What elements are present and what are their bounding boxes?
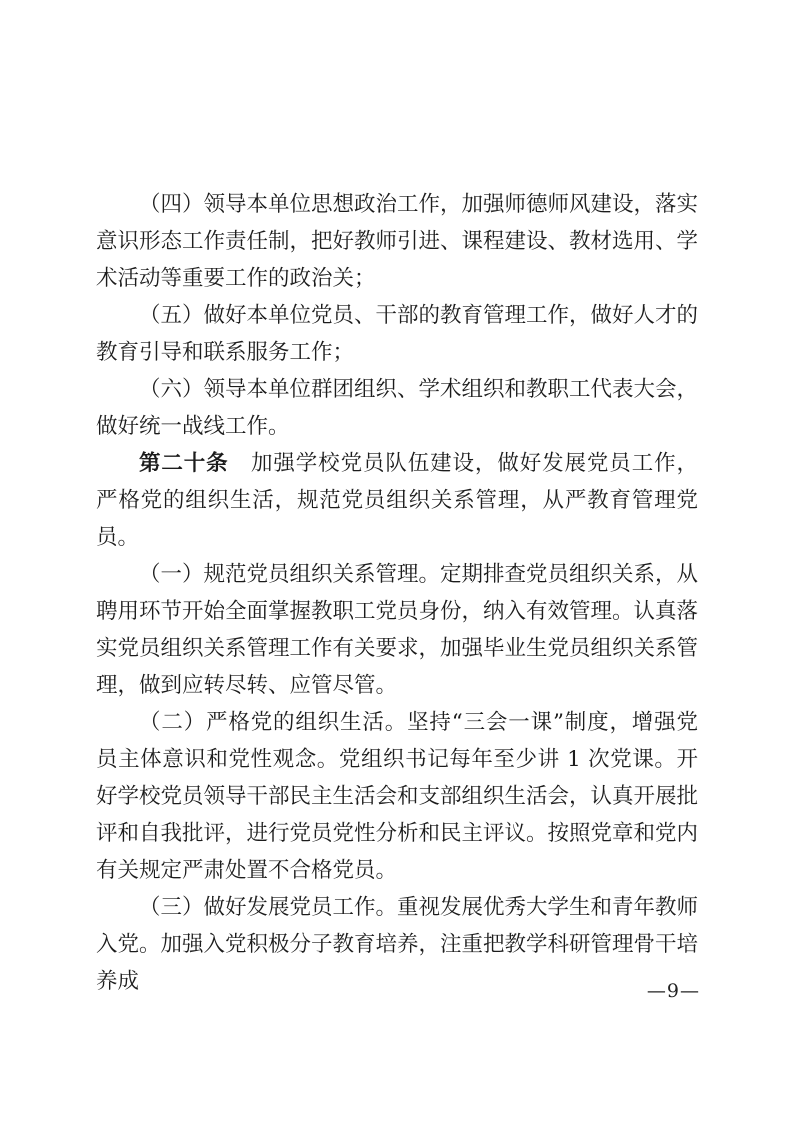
paragraph-article-20: 第二十条 加强学校党员队伍建设，做好发展党员工作，严格党的组织生活，规范党员组织… (96, 445, 698, 556)
paragraph-item-1: （一）规范党员组织关系管理。定期排查党员组织关系，从聘用环节开始全面掌握教职工党… (96, 556, 698, 704)
article-number-heading: 第二十条 (139, 451, 229, 476)
document-page: （四）领导本单位思想政治工作，加强师德师风建设，落实意识形态工作责任制，把好教师… (0, 0, 793, 1122)
paragraph-item-6: （六）领导本单位群团组织、学术组织和教职工代表大会，做好统一战线工作。 (96, 371, 698, 445)
paragraph-item-5: （五）做好本单位党员、干部的教育管理工作，做好人才的教育引导和联系服务工作； (96, 297, 698, 371)
page-number: —9— (647, 980, 700, 1002)
paragraph-item-3: （三）做好发展党员工作。重视发展优秀大学生和青年教师入党。加强入党积极分子教育培… (96, 889, 698, 1000)
paragraph-item-4: （四）领导本单位思想政治工作，加强师德师风建设，落实意识形态工作责任制，把好教师… (96, 186, 698, 297)
document-body: （四）领导本单位思想政治工作，加强师德师风建设，落实意识形态工作责任制，把好教师… (96, 186, 698, 1000)
paragraph-item-2: （二）严格党的组织生活。坚持“三会一课”制度，增强党员主体意识和党性观念。党组织… (96, 704, 698, 889)
